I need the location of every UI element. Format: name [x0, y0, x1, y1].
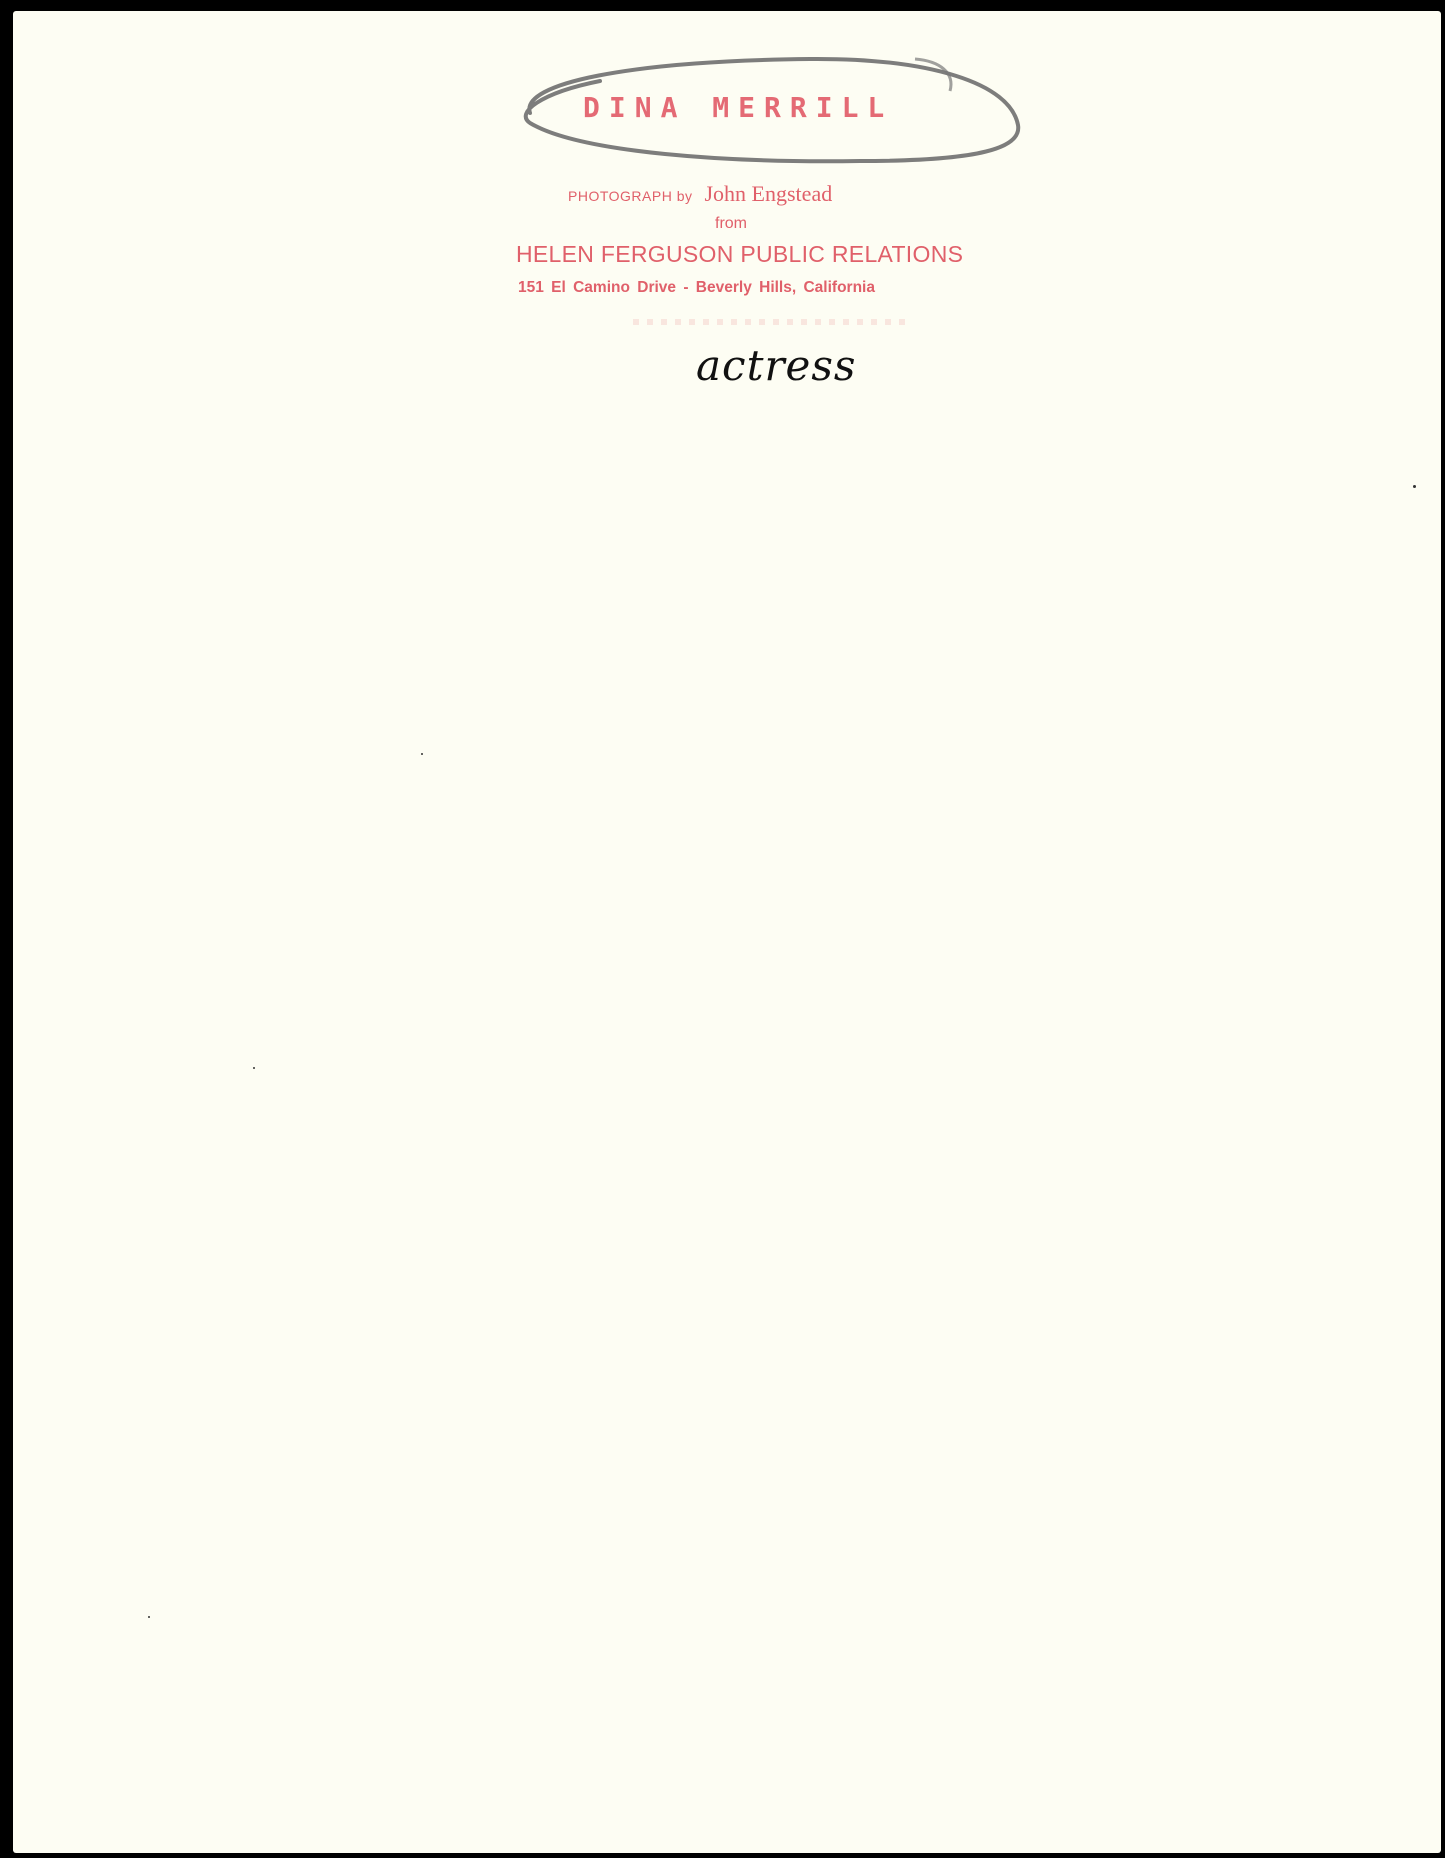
from-label: from	[715, 215, 747, 233]
agency-name: HELEN FERGUSON PUBLIC RELATIONS	[516, 241, 963, 268]
paper-speck	[421, 753, 423, 755]
paper-speck	[148, 1616, 150, 1618]
paper-speck	[253, 1067, 255, 1069]
photo-credit-prefix: PHOTOGRAPH by	[568, 188, 693, 204]
faded-stamp-residue	[633, 319, 913, 325]
name-stamp: DINA MERRILL	[583, 91, 893, 124]
photographer-name: John Engstead	[705, 181, 833, 206]
handwritten-note: actress	[696, 341, 856, 390]
paper-speck	[1413, 485, 1416, 488]
photo-back-sheet: DINA MERRILL PHOTOGRAPH by John Engstead…	[13, 11, 1441, 1853]
agency-address: 151 El Camino Drive - Beverly Hills, Cal…	[518, 279, 875, 297]
photo-credit-line: PHOTOGRAPH by John Engstead	[568, 181, 832, 207]
